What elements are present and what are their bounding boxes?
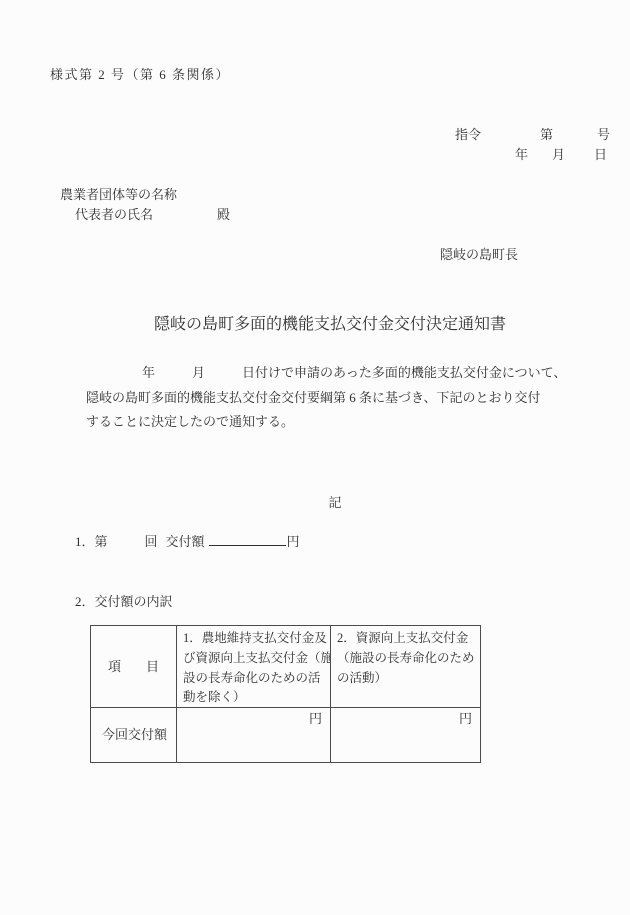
table-header-col1-cell: 1．農地維持支払交付金及 び資源向上支払交付金（施 設の長寿命化のための活 動を… [177, 626, 331, 708]
table-row-label-cell: 今回交付額 [91, 708, 177, 762]
form-number: 様式第 2 号（第 6 条関係） [50, 67, 230, 83]
table-header-item-char-2: 目 [146, 659, 159, 675]
addressee-honorific: 殿 [217, 207, 230, 223]
directive-label: 指令 [455, 127, 481, 143]
item-2-breakdown-label: 2．交付額の内訳 [75, 594, 173, 610]
addressee-org-label: 農業者団体等の名称 [60, 187, 177, 203]
item-1-amount-label: 交付額 [166, 534, 205, 549]
body-paragraph: 年月日付けで申請のあった多面的機能支払交付金について、 隠岐の島町多面的機能支払… [86, 361, 576, 435]
issuer-name: 隠岐の島町長 [440, 247, 518, 263]
middle-marker-ki: 記 [0, 495, 630, 511]
directive-number-suffix: 号 [597, 127, 610, 143]
table-col1-amount-cell: 円 [177, 708, 331, 762]
date-month-label: 月 [552, 147, 565, 163]
item-1-yen-unit: 円 [287, 534, 300, 549]
body-month-label: 月 [192, 365, 205, 380]
table-header-item-char-1: 項 [108, 659, 121, 675]
table-header-col2-cell: 2．資源向上支払交付金 （施設の長寿命化のため の活動） [331, 626, 480, 708]
amount-blank-underline [209, 532, 286, 546]
item-1-round-label: 回 [145, 534, 158, 549]
document-title: 隠岐の島町多面的機能支払交付金交付決定通知書 [0, 315, 630, 335]
body-line-1-text: 日付けで申請のあった多面的機能支払交付金について、 [242, 365, 566, 380]
table-header-item-cell: 項 目 [91, 626, 177, 708]
directive-number-prefix: 第 [540, 127, 553, 143]
item-1-grant-amount-line: 1．第回交付額円 [75, 532, 300, 550]
document-page: 様式第 2 号（第 6 条関係） 指令 第 号 年 月 日 農業者団体等の名称 … [0, 0, 630, 915]
table-col2-amount-cell: 円 [331, 708, 480, 762]
directive-line: 指令 第 号 [0, 127, 630, 143]
body-line-3: することに決定したので通知する。 [86, 410, 576, 435]
item-1-prefix: 1．第 [75, 534, 108, 549]
body-line-2: 隠岐の島町多面的機能支払交付金交付要綱第 6 条に基づき、下記のとおり交付 [86, 386, 576, 411]
addressee-rep-line: 代表者の氏名 殿 [75, 207, 475, 223]
addressee-rep-label: 代表者の氏名 [75, 207, 153, 222]
body-year-label: 年 [142, 365, 155, 380]
date-day-label: 日 [594, 147, 607, 163]
body-line-1: 年月日付けで申請のあった多面的機能支払交付金について、 [86, 361, 576, 386]
date-line: 年 月 日 [0, 147, 630, 163]
grant-breakdown-table: 項 目 1．農地維持支払交付金及 び資源向上支払交付金（施 設の長寿命化のための… [90, 625, 481, 763]
date-year-label: 年 [515, 147, 528, 163]
